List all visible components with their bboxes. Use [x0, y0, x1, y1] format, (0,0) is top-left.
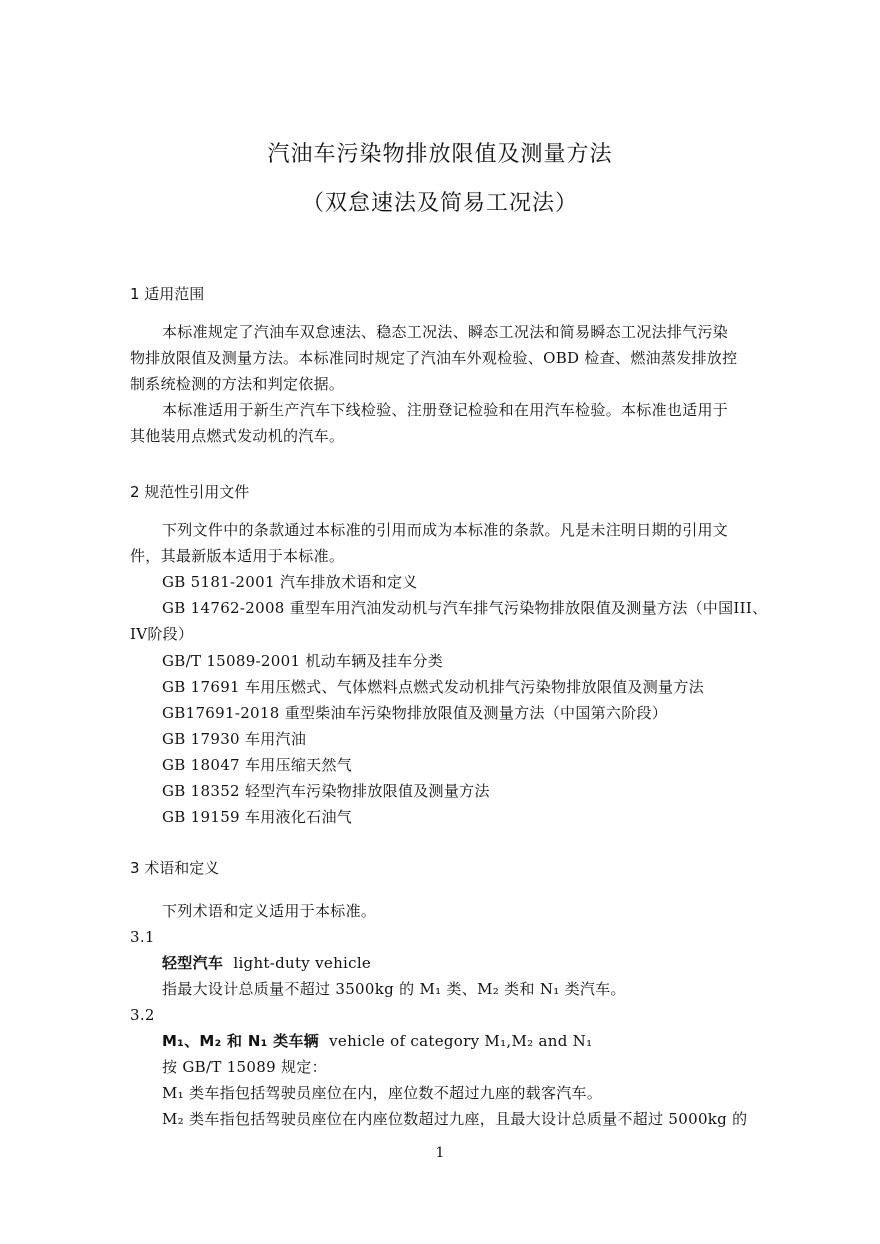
reference-item: GB 5181-2001 汽车排放术语和定义	[162, 573, 418, 591]
section-2-heading: 2 规范性引用文件	[130, 481, 249, 502]
paragraph-line: 制系统检测的方法和判定依据。	[130, 375, 344, 393]
paragraph-line: 其他装用点燃式发动机的汽车。	[130, 427, 344, 445]
term-definition: 指最大设计总质量不超过 3500kg 的 M₁ 类、M₂ 类和 N₁ 类汽车。	[162, 980, 626, 998]
term-definition-line: 按 GB/T 15089 规定：	[162, 1058, 327, 1076]
term-title: M₁、M₂ 和 N₁ 类车辆 vehicle of category M₁,M₂…	[162, 1032, 592, 1050]
term-number: 3.1	[130, 928, 155, 946]
document-subtitle: （双怠速法及简易工况法）	[0, 186, 880, 217]
paragraph-line: 件，其最新版本适用于本标准。	[130, 547, 344, 565]
paragraph-line: 本标准适用于新生产汽车下线检验、注册登记检验和在用汽车检验。本标准也适用于	[162, 401, 728, 419]
reference-item: GB17691-2018 重型柴油车污染物排放限值及测量方法（中国第六阶段）	[162, 704, 667, 722]
reference-item: GB 19159 车用液化石油气	[162, 808, 352, 826]
reference-item-continuation: IV阶段）	[130, 625, 193, 643]
document-page: 汽油车污染物排放限值及测量方法 （双怠速法及简易工况法） 1 适用范围 本标准规…	[0, 0, 880, 1244]
reference-item: GB 18047 车用压缩天然气	[162, 756, 352, 774]
reference-item: GB 17691 车用压燃式、气体燃料点燃式发动机排气污染物排放限值及测量方法	[162, 678, 704, 696]
reference-item: GB 14762-2008 重型车用汽油发动机与汽车排气污染物排放限值及测量方法…	[162, 599, 767, 617]
section-1-heading: 1 适用范围	[130, 283, 204, 304]
term-definition-line: M₂ 类车指包括驾驶员座位在内座位数超过九座，且最大设计总质量不超过 5000k…	[162, 1110, 747, 1128]
page-number: 1	[0, 1145, 880, 1161]
reference-item: GB 18352 轻型汽车污染物排放限值及测量方法	[162, 782, 490, 800]
reference-item: GB/T 15089-2001 机动车辆及挂车分类	[162, 652, 443, 670]
reference-item: GB 17930 车用汽油	[162, 730, 306, 748]
term-title: 轻型汽车 light-duty vehicle	[162, 954, 371, 972]
term-definition-line: M₁ 类车指包括驾驶员座位在内，座位数不超过九座的载客汽车。	[162, 1084, 602, 1102]
section-3-heading: 3 术语和定义	[130, 857, 219, 878]
paragraph-line: 下列术语和定义适用于本标准。	[162, 902, 376, 920]
paragraph-line: 物排放限值及测量方法。本标准同时规定了汽油车外观检验、OBD 检查、燃油蒸发排放…	[130, 349, 737, 367]
term-en: light-duty vehicle	[233, 954, 371, 972]
term-number: 3.2	[130, 1006, 155, 1024]
term-zh: 轻型汽车	[162, 954, 223, 972]
term-en: vehicle of category M₁,M₂ and N₁	[329, 1032, 592, 1050]
document-title: 汽油车污染物排放限值及测量方法	[0, 137, 880, 168]
term-zh: M₁、M₂ 和 N₁ 类车辆	[162, 1032, 319, 1050]
paragraph-line: 本标准规定了汽油车双怠速法、稳态工况法、瞬态工况法和简易瞬态工况法排气污染	[162, 323, 728, 341]
paragraph-line: 下列文件中的条款通过本标准的引用而成为本标准的条款。凡是未注明日期的引用文	[162, 521, 728, 539]
